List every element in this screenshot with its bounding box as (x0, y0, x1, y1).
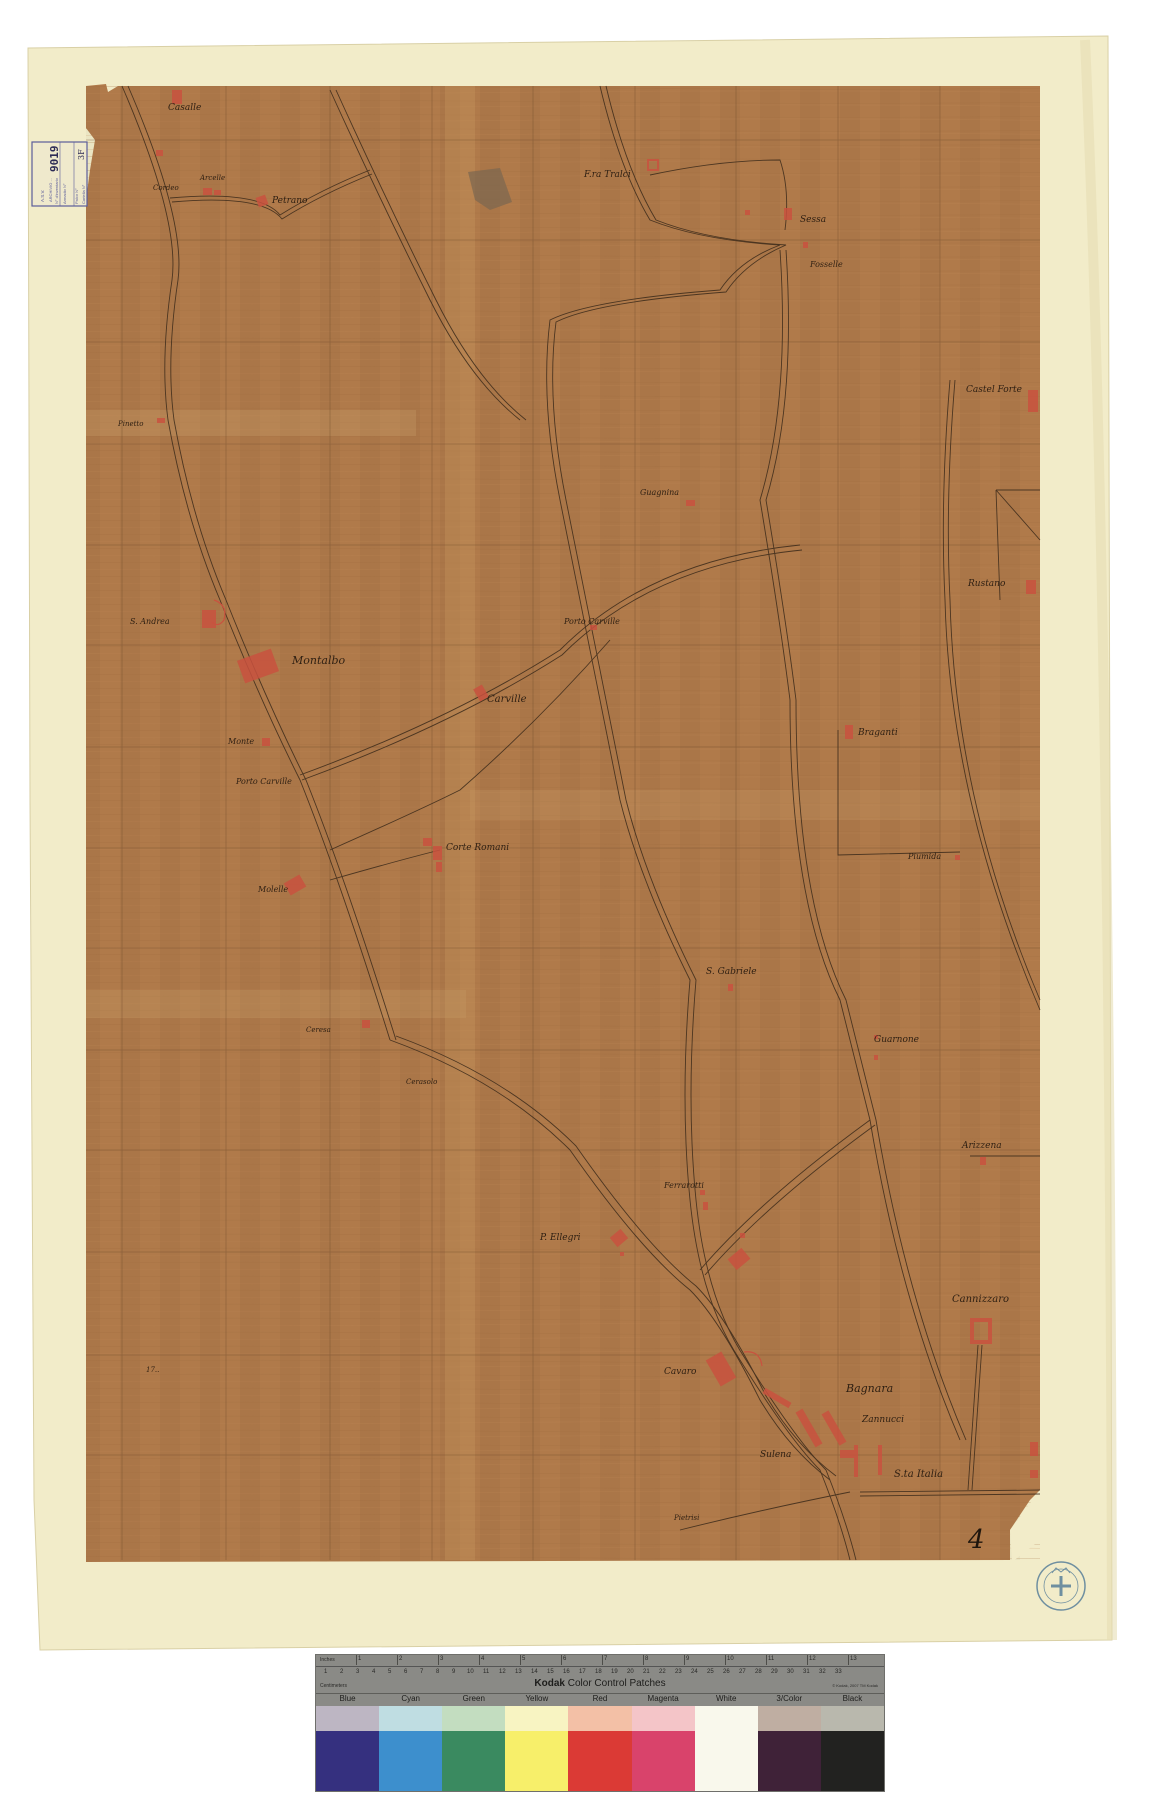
cm-tick-label: 32 (819, 1669, 826, 1675)
patch-name-magenta: Magenta (632, 1693, 695, 1705)
patch-magenta (632, 1706, 695, 1791)
cm-tick-label: 23 (675, 1669, 682, 1675)
place-label-sessa: Sessa (800, 215, 826, 225)
cm-tick-label: 10 (467, 1669, 474, 1675)
place-label-pellegrini: P. Ellegri (539, 1233, 581, 1243)
patch-name-red: Red (568, 1693, 631, 1705)
inch-tick-label: 11 (768, 1656, 774, 1662)
patch-red (568, 1706, 631, 1791)
place-label-s-italia: S.ta Italia (894, 1469, 943, 1480)
place-label-montalbo: Montalbo (291, 654, 346, 667)
sheet-number: 4 (967, 1525, 985, 1555)
patch-black (821, 1706, 884, 1791)
patch-name-3color: 3/Color (758, 1693, 821, 1705)
place-label-zannucci: Zannucci (861, 1415, 904, 1425)
patch-name-black: Black (821, 1693, 884, 1705)
place-label-cordeo: Cordeo (153, 184, 179, 192)
kodak-title: Kodak Color Control Patches (316, 1678, 884, 1689)
patch-name-yellow: Yellow (505, 1693, 568, 1705)
cm-tick-label: 26 (723, 1669, 730, 1675)
patch-name-cyan: Cyan (379, 1693, 442, 1705)
kodak-color-target: Inches Centimeters 1 2 3 4 5 6 7 8 9 10 … (316, 1655, 884, 1791)
place-label-cerasolo: Cerasolo (406, 1078, 437, 1086)
cm-tick-label: 3 (356, 1669, 359, 1675)
cm-tick-label: 16 (563, 1669, 570, 1675)
map-sheet (86, 84, 1040, 1562)
place-label-casalle: Casalle (168, 103, 201, 113)
stamp-armadio: Armadio N° (62, 183, 67, 204)
cm-tick-label: 8 (436, 1669, 439, 1675)
patch-3color (758, 1706, 821, 1791)
cm-tick-label: 31 (803, 1669, 810, 1675)
inch-tick-label: 13 (850, 1656, 857, 1662)
archive-seal (1037, 1562, 1085, 1610)
patch-name-blue: Blue (316, 1693, 379, 1705)
patch-green (442, 1706, 505, 1791)
place-label-ferrarotti: Ferrarotti (663, 1181, 704, 1190)
place-label-braganti: Braganti (857, 728, 898, 738)
cm-tick-label: 20 (627, 1669, 634, 1675)
cm-tick-label: 2 (340, 1669, 343, 1675)
cm-tick-label: 4 (372, 1669, 375, 1675)
inch-tick-label: 6 (563, 1656, 566, 1662)
inch-tick-label: 12 (809, 1656, 816, 1662)
cm-tick-label: 9 (452, 1669, 455, 1675)
cm-tick-label: 22 (659, 1669, 666, 1675)
place-label-rustano: Rustano (967, 579, 1006, 589)
cm-tick-label: 5 (388, 1669, 391, 1675)
cm-tick-label: 24 (691, 1669, 698, 1675)
place-label-s-andrea: S. Andrea (130, 617, 170, 626)
place-label-porto-carville-east: Porto Carville (563, 617, 620, 626)
stamp-inventory-number: 9019 (48, 146, 61, 173)
kodak-copyright: © Kodak, 2007 TM Kodak (832, 1683, 878, 1688)
place-label-cavaro: Cavaro (664, 1367, 697, 1377)
place-label-pinetto: Pinetto (117, 420, 143, 428)
cm-tick-label: 11 (483, 1669, 489, 1675)
cm-tick-label: 30 (787, 1669, 794, 1675)
place-label-porto-carville: Porto Carville (235, 777, 292, 786)
kodak-title-text: Color Control Patches (568, 1678, 666, 1689)
cm-tick-label: 18 (595, 1669, 602, 1675)
place-label-arcelle: Arcelle (199, 174, 225, 182)
inch-tick-label: 2 (399, 1656, 402, 1662)
marginal-note: 17.. (146, 1366, 159, 1374)
cm-tick-label: 14 (531, 1669, 538, 1675)
inch-tick-label: 4 (481, 1656, 484, 1662)
stamp-inventory-label: N° d'inventario (54, 177, 59, 204)
kodak-brand: Kodak (534, 1678, 565, 1689)
stamp-cartella: Cartella N° (81, 184, 86, 204)
patch-blue (316, 1706, 379, 1791)
cm-tick-label: 15 (547, 1669, 554, 1675)
cm-tick-label: 19 (611, 1669, 618, 1675)
cm-tick-label: 28 (755, 1669, 762, 1675)
patch-name-green: Green (442, 1693, 505, 1705)
inch-tick-label: 8 (645, 1656, 648, 1662)
place-label-sulena: Sulena (760, 1450, 791, 1460)
measurement-ruler: Inches Centimeters 1 2 3 4 5 6 7 8 9 10 … (316, 1655, 884, 1694)
patch-white (695, 1706, 758, 1791)
stamp-palco: Palco N° (74, 188, 79, 204)
cm-tick-label: 1 (324, 1669, 327, 1675)
cm-tick-label: 6 (404, 1669, 407, 1675)
place-label-guagnina: Guagnina (640, 488, 679, 497)
patch-yellow (505, 1706, 568, 1791)
cm-tick-label: 12 (499, 1669, 506, 1675)
place-label-petrano: Petrano (271, 196, 308, 206)
place-label-carville: Carville (487, 694, 527, 705)
cm-tick-label: 25 (707, 1669, 714, 1675)
cm-tick-label: 7 (420, 1669, 423, 1675)
place-label-pietrisi: Pietrisi (673, 1514, 699, 1522)
stamp-header: A.S.V. (40, 190, 45, 202)
cm-tick-label: 33 (835, 1669, 842, 1675)
place-label-fra-tralci: F.ra Tralci (583, 170, 631, 180)
color-patches (316, 1706, 884, 1791)
place-label-castel-forte: Castel Forte (966, 385, 1022, 395)
patch-cyan (379, 1706, 442, 1791)
place-label-fosselle: Fosselle (809, 260, 843, 269)
inches-label: Inches (320, 1657, 335, 1663)
patch-name-white: White (695, 1693, 758, 1705)
place-label-s-gabriele: S. Gabriele (706, 967, 757, 977)
place-label-bagnara: Bagnara (845, 1382, 893, 1395)
archive-stamp: A.S.V. ARCHIVIO ... N° d'inventario 9019… (32, 142, 87, 206)
place-label-molelle: Molelle (257, 885, 288, 894)
place-label-corte-romani: Corte Romani (446, 843, 509, 853)
patch-names: Blue Cyan Green Yellow Red Magenta White… (316, 1693, 884, 1705)
cm-tick-label: 21 (643, 1669, 650, 1675)
place-label-monte: Monte (227, 737, 254, 746)
place-label-arizzena: Arizzena (961, 1141, 1002, 1151)
inch-tick-label: 9 (686, 1656, 689, 1662)
place-label-ceresa: Ceresa (306, 1026, 331, 1034)
cm-tick-label: 27 (739, 1669, 746, 1675)
cm-tick-label: 13 (515, 1669, 522, 1675)
place-label-guarnone: Guarnone (874, 1035, 919, 1045)
inch-tick-label: 5 (522, 1656, 525, 1662)
inch-tick-label: 3 (440, 1656, 443, 1662)
place-label-cannizzaro: Cannizzaro (952, 1294, 1009, 1305)
cm-tick-label: 29 (771, 1669, 778, 1675)
place-label-piumida: Piumida (907, 852, 941, 861)
stamp-archive-line: ARCHIVIO ... (48, 178, 53, 202)
inch-tick-label: 7 (604, 1656, 607, 1662)
inch-tick-label: 1 (358, 1656, 361, 1662)
inch-tick-label: 10 (727, 1656, 734, 1662)
map-scan: A.S.V. ARCHIVIO ... N° d'inventario 9019… (0, 0, 1150, 1795)
stamp-cartella-value: 3F (77, 149, 86, 160)
cm-tick-label: 17 (579, 1669, 586, 1675)
